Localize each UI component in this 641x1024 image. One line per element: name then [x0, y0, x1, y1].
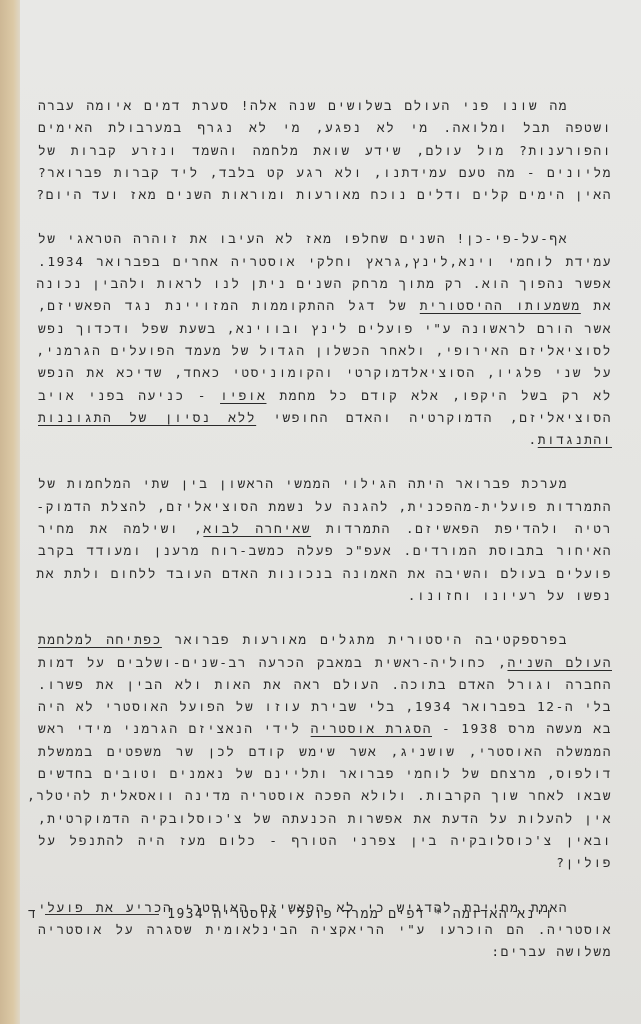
underlined-phrase: שאיחרה לבוא [203, 522, 311, 537]
text-line: נפשו על רעיונו וחזונו. [38, 586, 612, 608]
text-line: התמרדות פועלית-מהפכנית, להגנה על נשמת הס… [38, 497, 612, 519]
text-line: בלי ה-12 בפברואר 1934, בלי שבירת עוזו של… [38, 697, 612, 719]
text-line: אף-על-פי-כן! השנים שחלפו מאז לא העיבו את… [38, 229, 612, 251]
underlined-phrase: הסגרת אוסטריה [311, 722, 432, 737]
running-footer: וינא האדומה * דפים ממרד פועלי אוסטריה 19… [28, 907, 554, 922]
text-line: אוסטריה. הם הוכרעו ע"י הריאקציה הבינלאומ… [38, 920, 612, 942]
text-line: רטיה ולהדיפת הפאשיזם. התמרדות שאיחרה לבו… [38, 519, 612, 541]
paragraph: מה שונו פני העולם בשלושים שנה אלה! סערת … [38, 96, 612, 207]
text-line: האין הימים קלים ודלים נוכח מאורעות ומורא… [38, 185, 612, 207]
text-line: ושטפה תבל ומלואה. מי לא נפגע, מי לא נגרף… [38, 118, 612, 140]
text-line: דולפוס, מרצחם של לוחמי פברואר ותליינם של… [38, 764, 612, 786]
text-line: בא מעשה מרס 1938 - הסגרת אוסטריה לידי הנ… [38, 719, 612, 741]
text-line: עמידת לוחמי וינא,לינץ,גראץ וחלקי אוסטריה… [38, 252, 612, 274]
underlined-phrase: משמעותו ההיסטורית [420, 299, 581, 314]
page-number: ד [28, 907, 37, 922]
text-line: והפורענות? מול עולם, שידע שואת מלחמה והש… [38, 141, 612, 163]
text-line: ובאין צ'כוסלובקיה בין צפרני הטורף - כלום… [38, 831, 612, 853]
text-line: הסוציאליזם, הדמוקרטיה והאדם החופשי ללא נ… [38, 408, 612, 430]
footer-title: וינא האדומה * דפים ממרד פועלי אוסטריה 19… [167, 907, 554, 922]
text-line: מה שונו פני העולם בשלושים שנה אלה! סערת … [38, 96, 612, 118]
text-line: החברה וגורל האדם בתוכה. העולם ראה את האו… [38, 675, 612, 697]
text-line: אין להעלות על הדעת את אפשרות הכנעתה של צ… [38, 809, 612, 831]
underlined-phrase: כפתיחה למלחמת [38, 633, 162, 648]
text-line: מערכת פברואר היתה הגילוי הממשי הראשון בי… [38, 474, 612, 496]
text-line: שבאו לאחר שוך הקרבות. ולולא הפכה אוסטריה… [38, 786, 612, 808]
paragraph: בפרספקטיבה היסטורית מתגלים מאורעות פברוא… [38, 630, 612, 875]
text-line: פולין? [38, 853, 612, 875]
text-line: לא רק בשל היקפו, אלא קודם כל מחמת אופיו … [38, 386, 612, 408]
paragraph: אף-על-פי-כן! השנים שחלפו מאז לא העיבו את… [38, 229, 612, 452]
underlined-phrase: העולם השניה [507, 656, 612, 671]
paragraph: מערכת פברואר היתה הגילוי הממשי הראשון בי… [38, 474, 612, 608]
underlined-phrase: ללא נסיון של התגוננות [38, 411, 256, 426]
text-line: אפשר נהפוך הוא. רק מתוך מרחק השנים ניתן … [38, 274, 612, 296]
text-line: משלושה עברים: [38, 942, 612, 964]
text-line: האיחור בתבוסת המורדים. אעפ"כ פעלה כמשב-ר… [38, 541, 612, 563]
text-line: בפרספקטיבה היסטורית מתגלים מאורעות פברוא… [38, 630, 612, 652]
text-line: העולם השניה, כחוליה-ראשית במאבק הכרעה רב… [38, 653, 612, 675]
underlined-phrase: והתנגדות [538, 433, 612, 448]
text-line: את משמעותו ההיסטורית של דגל ההתקוממות המ… [38, 296, 612, 318]
text-line: מליונים - מה טעם עמידתנו, ולא רגע קט בלב… [38, 163, 612, 185]
underlined-phrase: אופיו [220, 389, 266, 404]
book-spine-edge [0, 0, 22, 1024]
text-line: פועלים בעולם והשיבה את האמונה בנכונות הא… [38, 564, 612, 586]
text-line: על שני פלגיו, הסוציאלדמוקרטי והקומוניסטי… [38, 363, 612, 385]
footer-rule [45, 914, 159, 915]
text-line: הממשלה האוסטרי, שושניג, אשר שימש קודם לכ… [38, 742, 612, 764]
text-line: והתנגדות. [38, 430, 612, 452]
body-text: מה שונו פני העולם בשלושים שנה אלה! סערת … [38, 96, 612, 986]
text-line: אשר הורם לראשונה ע"י פועלים לינץ ובווינא… [38, 319, 612, 341]
text-line: לסוציאליזם האירופי, ולאחר הכשלון הגדול ש… [38, 341, 612, 363]
